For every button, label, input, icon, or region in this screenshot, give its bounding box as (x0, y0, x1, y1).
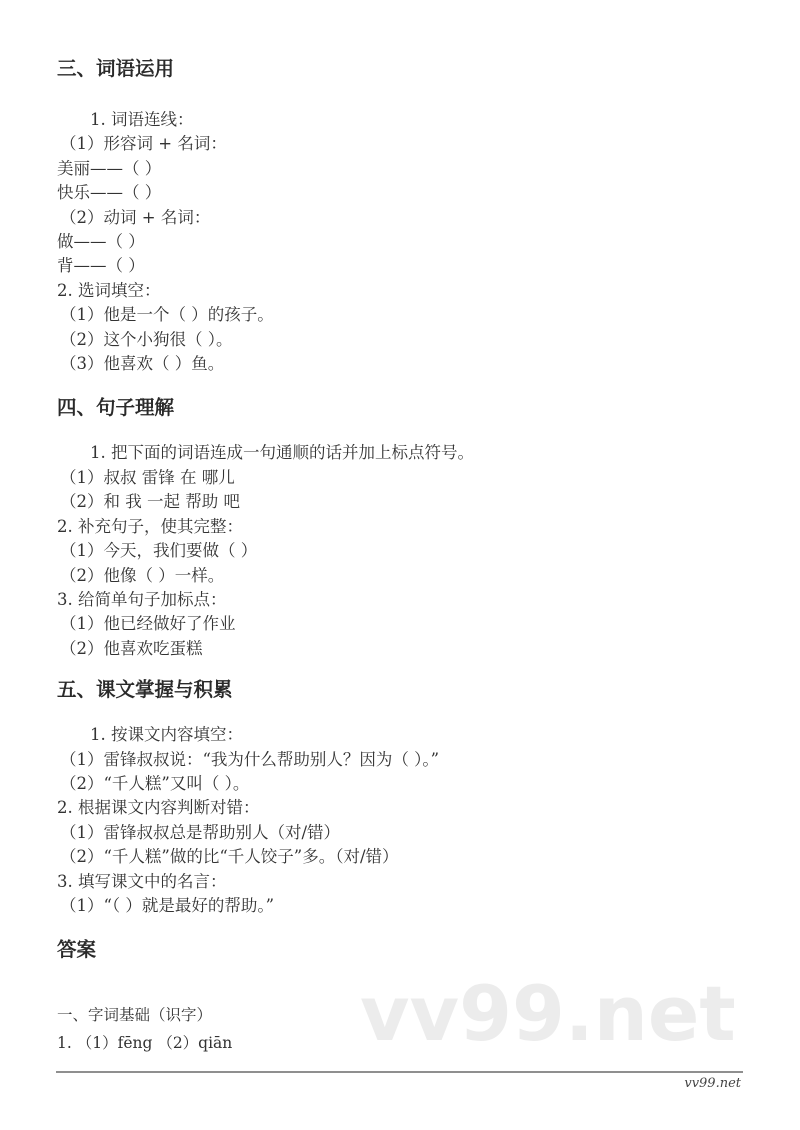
worksheet-line: 背——（ ） (57, 254, 745, 278)
worksheet-line: （1）叔叔 雷锋 在 哪儿 (57, 466, 745, 490)
section-sentence-comprehension: 四、句子理解 1. 把下面的词语连成一句通顺的话并加上标点符号。 （1）叔叔 雷… (57, 397, 745, 661)
worksheet-line: 2. 补充句子，使其完整： (57, 515, 745, 539)
worksheet-line: 3. 给简单句子加标点： (57, 588, 745, 612)
worksheet-page: vv99.net 三、词语运用 1. 词语连线： （1）形容词 + 名词： 美丽… (0, 0, 800, 1130)
worksheet-line: 1. 把下面的词语连成一句通顺的话并加上标点符号。 (57, 441, 745, 465)
worksheet-line: （1）他已经做好了作业 (57, 612, 745, 636)
worksheet-line: （2）“千人糕”做的比“千人饺子”多。（对/错） (57, 845, 745, 869)
worksheet-line: 3. 填写课文中的名言： (57, 870, 745, 894)
worksheet-line: 1. （1）fēng （2）qiān (57, 1029, 745, 1057)
worksheet-content: 三、词语运用 1. 词语连线： （1）形容词 + 名词： 美丽——（ ） 快乐—… (0, 0, 800, 1057)
worksheet-line: （1）他是一个（ ）的孩子。 (57, 303, 745, 327)
worksheet-line: 2. 根据课文内容判断对错： (57, 796, 745, 820)
worksheet-line: （2）动词 + 名词： (57, 206, 745, 230)
page-footer: vv99.net (56, 1071, 743, 1091)
worksheet-line: （1）雷锋叔叔说：“我为什么帮助别人？因为（ ）。” (57, 748, 745, 772)
worksheet-line: （2）他喜欢吃蛋糕 (57, 637, 745, 661)
worksheet-line: （2）他像（ ）一样。 (57, 564, 745, 588)
section-heading: 答案 (57, 939, 745, 961)
worksheet-line: 美丽——（ ） (57, 157, 745, 181)
section-heading: 四、句子理解 (57, 397, 745, 419)
worksheet-line: （2）“千人糕”又叫（ ）。 (57, 772, 745, 796)
worksheet-line: （1）“（ ）就是最好的帮助。” (57, 894, 745, 918)
worksheet-line: （2）和 我 一起 帮助 吧 (57, 490, 745, 514)
worksheet-line: 快乐——（ ） (57, 181, 745, 205)
footer-divider (56, 1071, 743, 1073)
worksheet-line: 2. 选词填空： (57, 279, 745, 303)
worksheet-line: 一、字词基础（识字） (57, 1001, 745, 1029)
section-text-mastery: 五、课文掌握与积累 1. 按课文内容填空： （1）雷锋叔叔说：“我为什么帮助别人… (57, 679, 745, 918)
worksheet-line: （1）今天，我们要做（ ） (57, 539, 745, 563)
section-heading: 三、词语运用 (57, 58, 745, 80)
worksheet-line: （1）形容词 + 名词： (57, 132, 745, 156)
worksheet-line: 1. 按课文内容填空： (57, 723, 745, 747)
worksheet-line: 做——（ ） (57, 230, 745, 254)
worksheet-line: （1）雷锋叔叔总是帮助别人（对/错） (57, 821, 745, 845)
worksheet-line: （2）这个小狗很（ ）。 (57, 328, 745, 352)
section-word-usage: 三、词语运用 1. 词语连线： （1）形容词 + 名词： 美丽——（ ） 快乐—… (57, 58, 745, 376)
worksheet-line: 1. 词语连线： (57, 108, 745, 132)
section-answers: 答案 一、字词基础（识字） 1. （1）fēng （2）qiān (57, 939, 745, 1057)
footer-site-label: vv99.net (56, 1076, 743, 1091)
worksheet-line: （3）他喜欢（ ）鱼。 (57, 352, 745, 376)
section-heading: 五、课文掌握与积累 (57, 679, 745, 701)
